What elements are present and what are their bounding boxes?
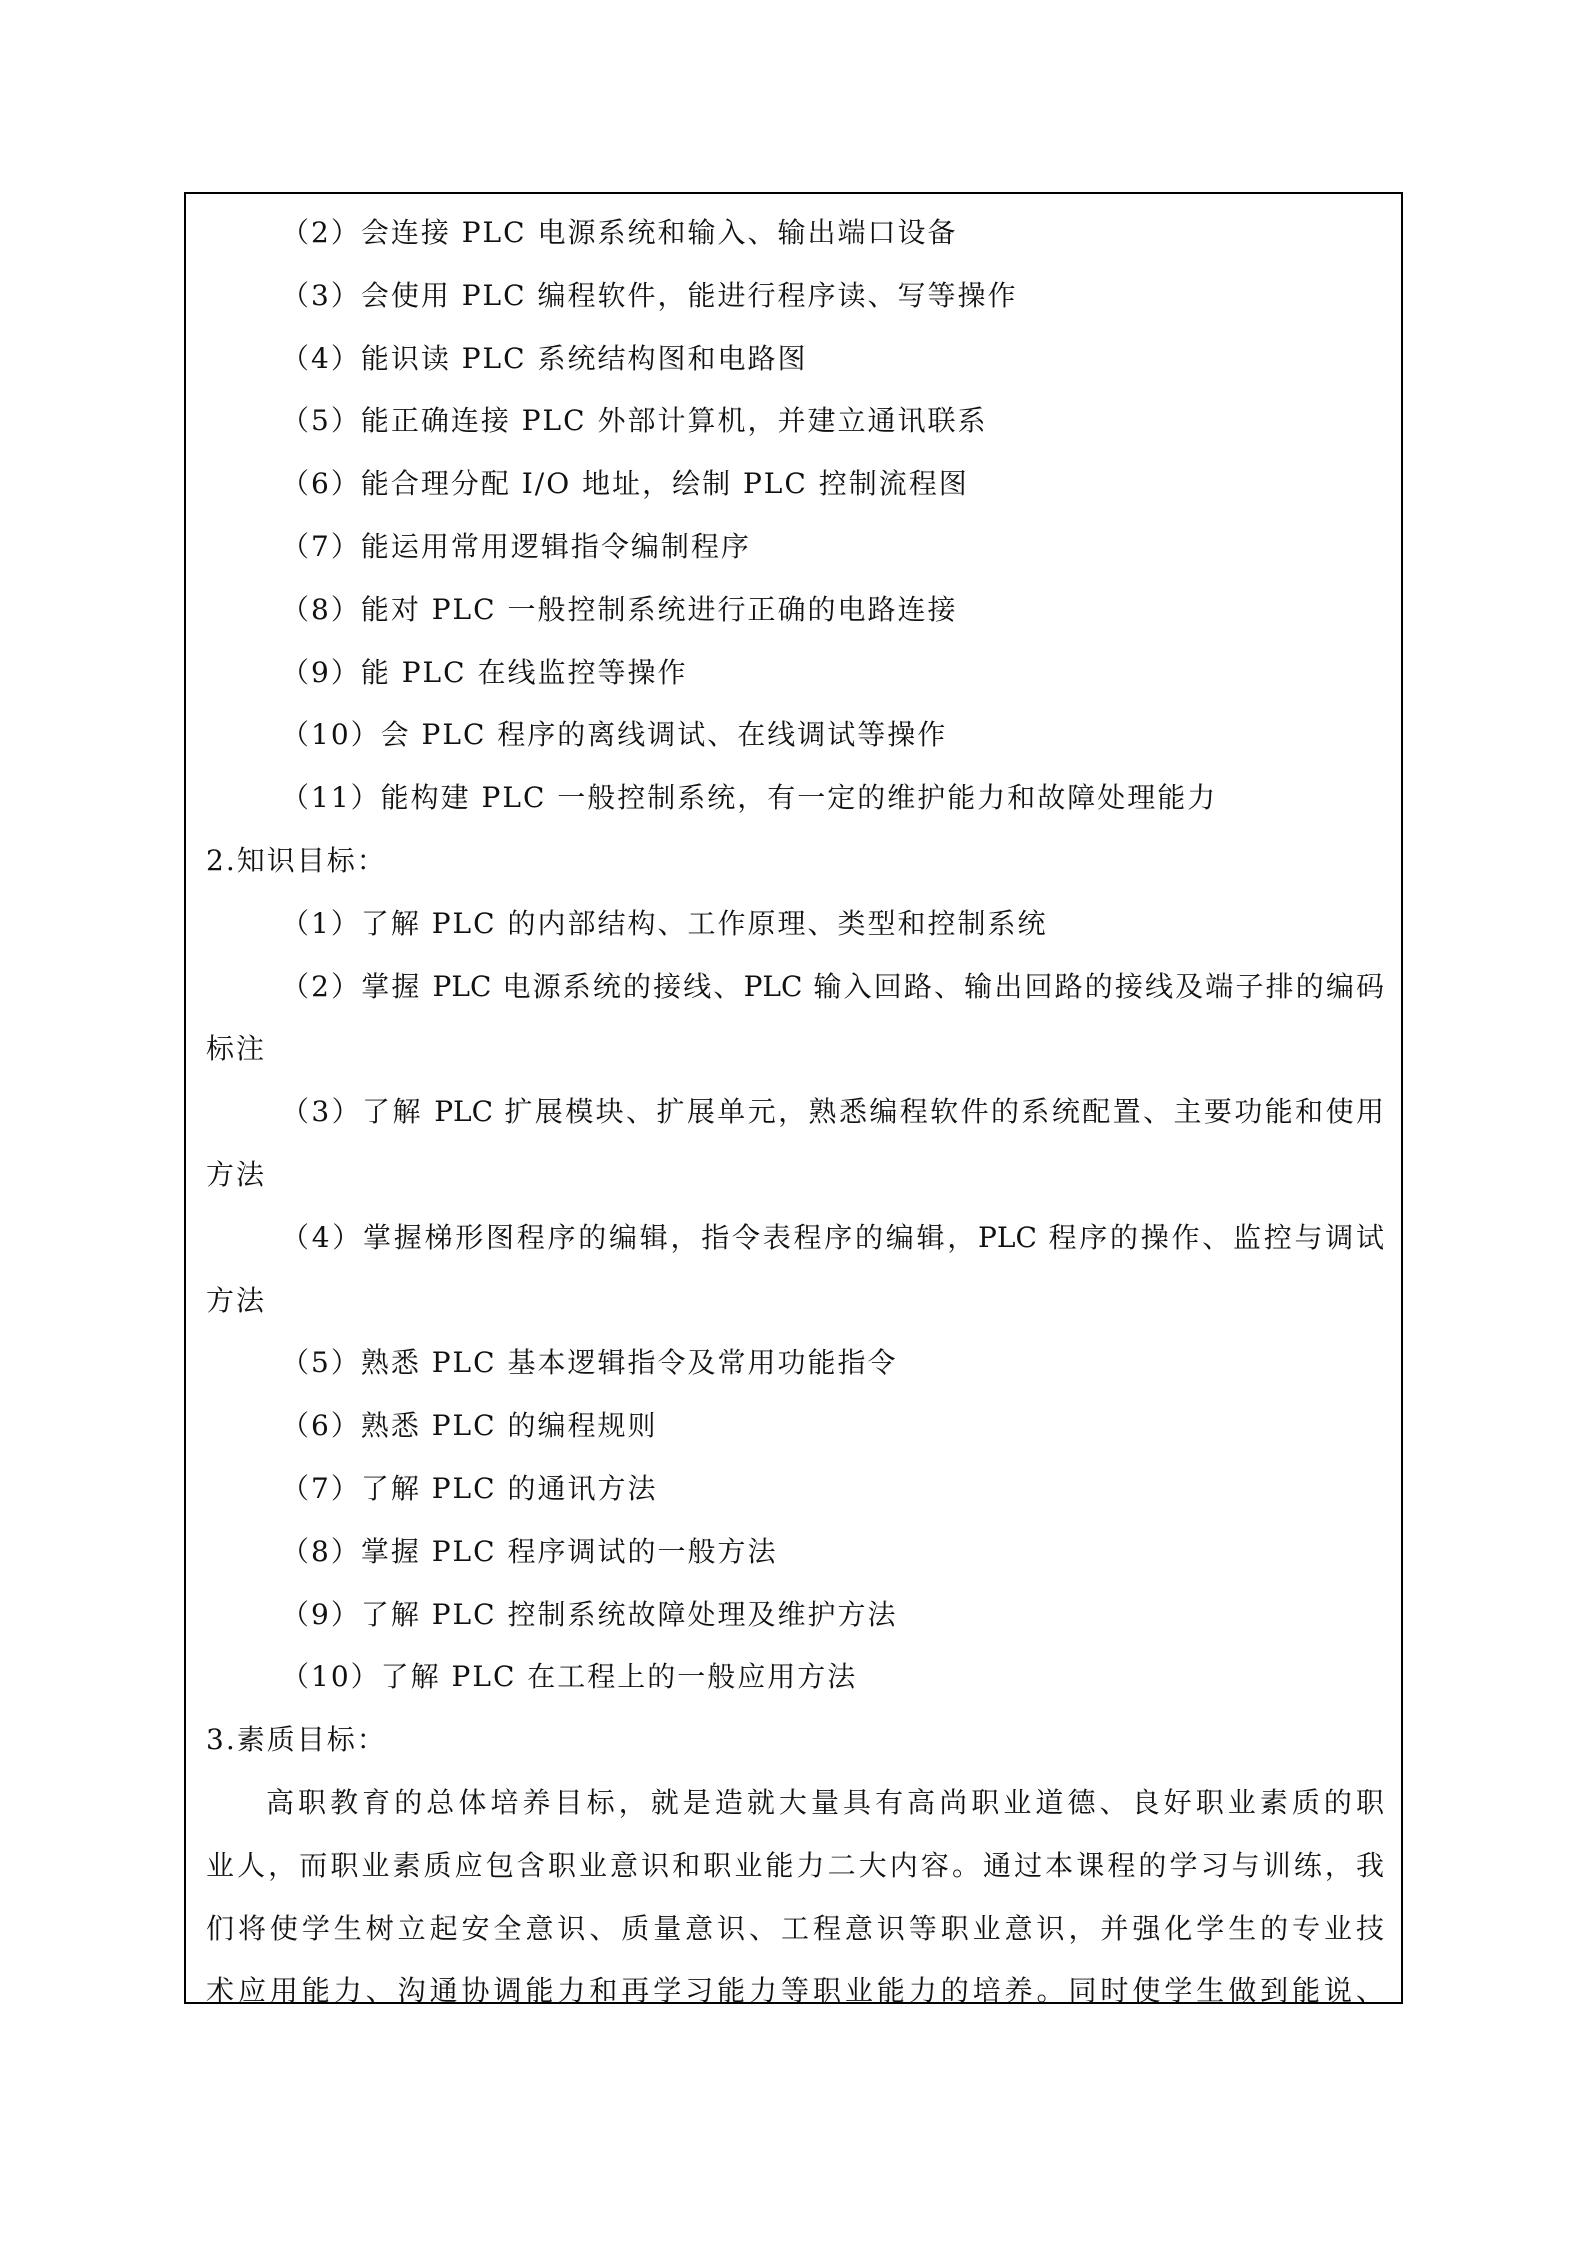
knowledge-goal-item-4: （4）掌握梯形图程序的编辑，指令表程序的编辑，PLC 程序的操作、监控与调试 — [206, 1207, 1384, 1270]
skill-goal-item-2: （2）会连接 PLC 电源系统和输入、输出端口设备 — [206, 202, 1384, 265]
skill-goal-item-10: （10）会 PLC 程序的离线调试、在线调试等操作 — [206, 704, 1384, 767]
quality-paragraph-line-1: 高职教育的总体培养目标，就是造就大量具有高尚职业道德、良好职业素质的职 — [206, 1772, 1384, 1835]
knowledge-goal-item-10: （10）了解 PLC 在工程上的一般应用方法 — [206, 1646, 1384, 1709]
knowledge-goal-item-8: （8）掌握 PLC 程序调试的一般方法 — [206, 1521, 1384, 1584]
skill-goal-item-8: （8）能对 PLC 一般控制系统进行正确的电路连接 — [206, 579, 1384, 642]
quality-paragraph-line-4: 术应用能力、沟通协调能力和再学习能力等职业能力的培养。同时使学生做到能说、 — [206, 1960, 1384, 2023]
knowledge-goal-item-3-continuation: 方法 — [206, 1144, 1384, 1207]
knowledge-goal-item-7: （7）了解 PLC 的通讯方法 — [206, 1458, 1384, 1521]
quality-goals-heading: 3.素质目标： — [206, 1709, 1384, 1772]
knowledge-goal-item-2: （2）掌握 PLC 电源系统的接线、PLC 输入回路、输出回路的接线及端子排的编… — [206, 956, 1384, 1019]
document-table-cell: （2）会连接 PLC 电源系统和输入、输出端口设备 （3）会使用 PLC 编程软… — [184, 192, 1403, 2004]
knowledge-goal-item-9: （9）了解 PLC 控制系统故障处理及维护方法 — [206, 1584, 1384, 1647]
knowledge-goal-item-6: （6）熟悉 PLC 的编程规则 — [206, 1395, 1384, 1458]
knowledge-goal-item-4-continuation: 方法 — [206, 1270, 1384, 1333]
skill-goal-item-4: （4）能识读 PLC 系统结构图和电路图 — [206, 328, 1384, 391]
knowledge-goal-item-1: （1）了解 PLC 的内部结构、工作原理、类型和控制系统 — [206, 893, 1384, 956]
skill-goal-item-9: （9）能 PLC 在线监控等操作 — [206, 642, 1384, 705]
skill-goal-item-7: （7）能运用常用逻辑指令编制程序 — [206, 516, 1384, 579]
skill-goal-item-5: （5）能正确连接 PLC 外部计算机，并建立通讯联系 — [206, 390, 1384, 453]
document-content: （2）会连接 PLC 电源系统和输入、输出端口设备 （3）会使用 PLC 编程软… — [206, 202, 1384, 2023]
knowledge-goal-item-5: （5）熟悉 PLC 基本逻辑指令及常用功能指令 — [206, 1332, 1384, 1395]
knowledge-goals-heading: 2.知识目标： — [206, 830, 1384, 893]
skill-goal-item-6: （6）能合理分配 I/O 地址，绘制 PLC 控制流程图 — [206, 453, 1384, 516]
quality-paragraph-line-3: 们将使学生树立起安全意识、质量意识、工程意识等职业意识，并强化学生的专业技 — [206, 1898, 1384, 1961]
skill-goal-item-3: （3）会使用 PLC 编程软件，能进行程序读、写等操作 — [206, 265, 1384, 328]
knowledge-goal-item-3: （3）了解 PLC 扩展模块、扩展单元，熟悉编程软件的系统配置、主要功能和使用 — [206, 1081, 1384, 1144]
knowledge-goal-item-2-continuation: 标注 — [206, 1018, 1384, 1081]
skill-goal-item-11: （11）能构建 PLC 一般控制系统，有一定的维护能力和故障处理能力 — [206, 767, 1384, 830]
quality-paragraph-line-2: 业人，而职业素质应包含职业意识和职业能力二大内容。通过本课程的学习与训练，我 — [206, 1835, 1384, 1898]
